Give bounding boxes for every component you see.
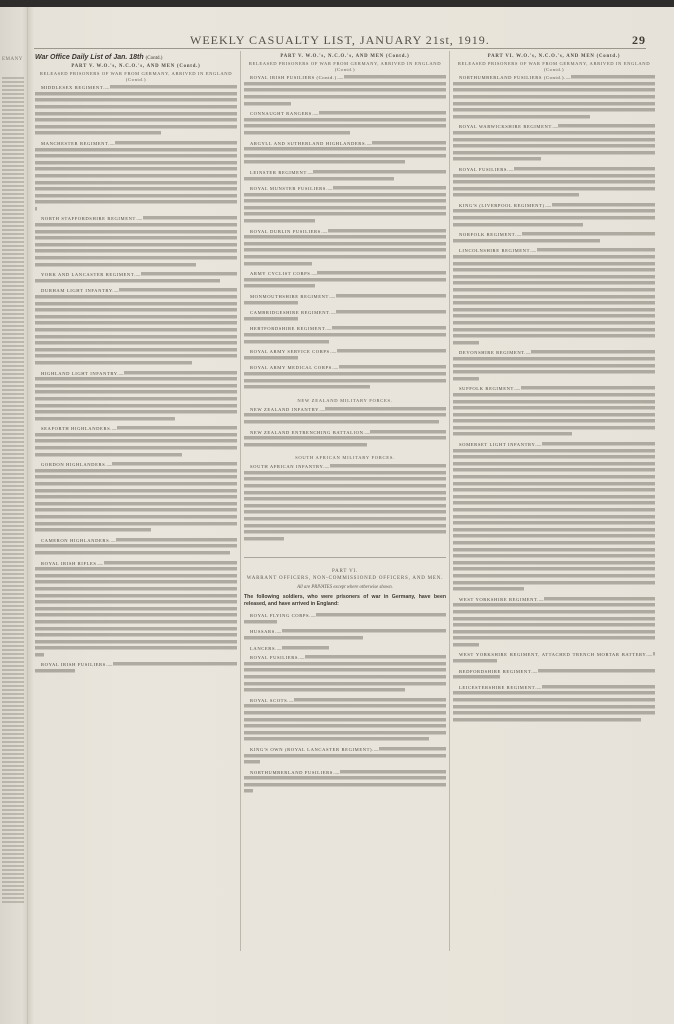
casualty-entry: DEVONSHIRE REGIMENT.—x x x x x x x x x x… <box>453 350 655 383</box>
viewer-top-bar <box>0 0 674 7</box>
casualty-entry: ROYAL SCOTS.—x x x x x x x x x x x x x x… <box>244 698 446 744</box>
part-note: All are PRIVATES except where otherwise … <box>244 582 446 594</box>
entry-text: x x x x x x x x x x x x x x x x x x x x … <box>35 141 237 212</box>
casualty-entry: NORTH STAFFORDSHIRE REGIMENT.—x x x x x … <box>35 216 237 269</box>
casualty-entry: WEST YORKSHIRE REGIMENT.—x x x x x x x x… <box>453 597 655 650</box>
part-vi-section: PART VI. WARRANT OFFICERS, NON-COMMISSIO… <box>244 557 446 796</box>
entries-list: ROYAL FLYING CORPS.—x x x x x x x x x x … <box>244 613 446 796</box>
header-rule <box>34 48 646 49</box>
section-subheading: RELEASED PRISONERS OF WAR FROM GERMANY, … <box>453 61 655 72</box>
casualty-entry: SOMERSET LIGHT INFANTRY.—x x x x x x x x… <box>453 442 655 594</box>
regiment-name: ROYAL SCOTS.— <box>250 698 294 703</box>
casualty-entry: LINCOLNSHIRE REGIMENT.—x x x x x x x x x… <box>453 248 655 347</box>
regiment-name: ROYAL WARWICKSHIRE REGIMENT.— <box>459 124 558 129</box>
casualty-entry: YORK AND LANCASTER REGIMENT.—x x x x x x… <box>35 272 237 285</box>
entry-text: x x x x x x x x x x x x x x x x x x x x … <box>244 698 446 743</box>
entries-list: ROYAL IRISH FUSILIERS (Contd.).—x x x x … <box>244 75 446 392</box>
entries-list: SOUTH AFRICAN INFANTRY.—x x x x x x x x … <box>244 464 446 543</box>
regiment-name: HUSSARS.— <box>250 629 282 634</box>
regiment-name: GORDON HIGHLANDERS.— <box>41 462 112 467</box>
regiment-name: ROYAL MUNSTER FUSILIERS.— <box>250 186 333 191</box>
regiment-name: LEINSTER REGIMENT.— <box>250 170 313 175</box>
casualty-entry: NEW ZEALAND INFANTRY.—x x x x x x x x x … <box>244 407 446 427</box>
part-heading: PART VI. W.O.'s, N.C.O.'s, AND MEN (Cont… <box>453 53 655 61</box>
regiment-name: NORFOLK REGIMENT.— <box>459 232 522 237</box>
entry-text: x x x x x x x x x x x x x x x x x x x x … <box>244 229 446 267</box>
regiment-name: ROYAL FLYING CORPS.— <box>250 613 316 618</box>
regiment-name: CAMERON HIGHLANDERS.— <box>41 538 116 543</box>
column-1: War Office Daily List of Jan. 18th (Cont… <box>35 53 237 679</box>
casualty-entry: ROYAL WARWICKSHIRE REGIMENT.—x x x x x x… <box>453 124 655 164</box>
regiment-name: HIGHLAND LIGHT INFANTRY.— <box>41 371 124 376</box>
forces-heading: SOUTH AFRICAN MILITARY FORCES. <box>244 453 446 462</box>
regiment-name: DURHAM LIGHT INFANTRY.— <box>41 288 119 293</box>
entries-list: MIDDLESEX REGIMENT.—x x x x x x x x x x … <box>35 85 237 675</box>
regiment-name: KING'S OWN (ROYAL LANCASTER REGIMENT).— <box>250 747 379 752</box>
casualty-entry: WEST YORKSHIRE REGIMENT, ATTACHED TRENCH… <box>453 652 655 665</box>
regiment-name: ARGYLL AND SUTHERLAND HIGHLANDERS.— <box>250 141 372 146</box>
casualty-entry: MANCHESTER REGIMENT.—x x x x x x x x x x… <box>35 141 237 214</box>
entry-text: x x x x x x x x x x x x x x x x x x x x … <box>35 85 237 136</box>
casualty-entry: HIGHLAND LIGHT INFANTRY.—x x x x x x x x… <box>35 371 237 424</box>
entries-list: NEW ZEALAND INFANTRY.—x x x x x x x x x … <box>244 407 446 450</box>
regiment-name: NEW ZEALAND ENTRENCHING BATTALION.— <box>250 430 370 435</box>
casualty-entry: SOUTH AFRICAN INFANTRY.—x x x x x x x x … <box>244 464 446 543</box>
regiment-name: MANCHESTER REGIMENT.— <box>41 141 115 146</box>
regiment-name: SOUTH AFRICAN INFANTRY.— <box>250 464 330 469</box>
regiment-name: NORTHUMBERLAND FUSILIERS.— <box>250 770 340 775</box>
regiment-name: ARMY CYCLIST CORPS.— <box>250 271 317 276</box>
regiment-name: ROYAL FUSILIERS.— <box>250 655 305 660</box>
casualty-entry: ROYAL MUNSTER FUSILIERS.—x x x x x x x x… <box>244 186 446 226</box>
casualty-entry: SEAFORTH HIGHLANDERS.—x x x x x x x x x … <box>35 426 237 459</box>
regiment-name: SEAFORTH HIGHLANDERS.— <box>41 426 117 431</box>
regiment-name: ROYAL ARMY MEDICAL CORPS.— <box>250 365 339 370</box>
casualty-entry: NORFOLK REGIMENT.—x x x x x x x x x x x … <box>453 232 655 245</box>
casualty-entry: KING'S (LIVERPOOL REGIMENT).—x x x x x x… <box>453 203 655 229</box>
entry-text: x x x x x x x x x x x x x x x x x x x x … <box>453 597 655 648</box>
regiment-name: SUFFOLK REGIMENT.— <box>459 386 521 391</box>
running-title: WEEKLY CASUALTY LIST, JANUARY 21st, 1919… <box>190 33 490 48</box>
regiment-name: CAMBRIDGESHIRE REGIMENT.— <box>250 310 336 315</box>
section-subheading: RELEASED PRISONERS OF WAR FROM GERMANY, … <box>244 61 446 72</box>
casualty-entry: ROYAL FLYING CORPS.—x x x x x x x x x x … <box>244 613 446 626</box>
casualty-entry: GORDON HIGHLANDERS.—x x x x x x x x x x … <box>35 462 237 535</box>
casualty-entry: ROYAL IRISH RIFLES.—x x x x x x x x x x … <box>35 561 237 660</box>
regiment-name: CONNAUGHT RANGERS.— <box>250 111 319 116</box>
casualty-entry: LEINSTER REGIMENT.—x x x x x x x x x x x… <box>244 170 446 183</box>
casualty-entry: ROYAL FUSILIERS.—x x x x x x x x x x x x… <box>244 655 446 695</box>
previous-page-edge: EMANY <box>0 7 28 1024</box>
entry-text: x x x x x x x x x x x x x x x x x x x x … <box>35 216 237 267</box>
regiment-name: ROYAL FUSILIERS.— <box>459 167 514 172</box>
regiment-name: HERTFORDSHIRE REGIMENT.— <box>250 326 332 331</box>
entry-text: x x x x x x x x x x x x x x x x x x x x … <box>244 186 446 224</box>
entries-list: NORTHUMBERLAND FUSILIERS (Contd.).—x x x… <box>453 75 655 724</box>
casualty-entry: ARMY CYCLIST CORPS.—x x x x x x x x x x … <box>244 271 446 291</box>
regiment-name: ROYAL IRISH FUSILIERS.— <box>41 662 113 667</box>
casualty-entry: DURHAM LIGHT INFANTRY.—x x x x x x x x x… <box>35 288 237 367</box>
part-heading: PART V. W.O.'s, N.C.O.'s, AND MEN (Contd… <box>244 53 446 61</box>
running-header: WEEKLY CASUALTY LIST, JANUARY 21st, 1919… <box>40 33 640 47</box>
entry-text: x x x x x x x x x x x x x x x x x x x x … <box>453 386 655 437</box>
entry-text: x x x x x x x x x x x x x x x x x x x x … <box>453 75 655 120</box>
casualty-entry: HUSSARS.—x x x x x x x x x x x x x x x x… <box>244 629 446 642</box>
casualty-entry: BEDFORDSHIRE REGIMENT.—x x x x x x x x x… <box>453 669 655 682</box>
casualty-entry: ROYAL ARMY MEDICAL CORPS.—x x x x x x x … <box>244 365 446 391</box>
entry-text: x x x x x x x x x x x x x x x x x x x x … <box>35 288 237 366</box>
column-rule <box>449 51 450 951</box>
entry-text: x x x x x x x x x x x x x x x x x x x x … <box>35 561 237 658</box>
part-bold-note: The following soldiers, who were prisone… <box>244 594 446 607</box>
part-number: PART VI. <box>244 568 446 576</box>
regiment-name: KING'S (LIVERPOOL REGIMENT).— <box>459 203 552 208</box>
newspaper-page: EMANY WEEKLY CASUALTY LIST, JANUARY 21st… <box>0 7 674 1024</box>
casualty-entry: ROYAL FUSILIERS.—x x x x x x x x x x x x… <box>453 167 655 200</box>
regiment-name: BEDFORDSHIRE REGIMENT.— <box>459 669 538 674</box>
entry-text: x x x x x x x x x x x x x x x x x x x x … <box>244 464 446 542</box>
casualty-entry: ARGYLL AND SUTHERLAND HIGHLANDERS.—x x x… <box>244 141 446 167</box>
entry-text: x x x x x x x x x x x x x x x x x x x x … <box>453 442 655 592</box>
regiment-name: NORTH STAFFORDSHIRE REGIMENT.— <box>41 216 143 221</box>
entry-text: x x x x x x x x x x x x x x x x x x x x … <box>453 248 655 345</box>
part-heading: PART V. W.O.'s, N.C.O.'s, AND MEN (Contd… <box>35 63 237 71</box>
column-2: PART V. W.O.'s, N.C.O.'s, AND MEN (Contd… <box>244 53 446 799</box>
regiment-name: ROYAL DUBLIN FUSILIERS.— <box>250 229 328 234</box>
casualty-entry: MIDDLESEX REGIMENT.—x x x x x x x x x x … <box>35 85 237 138</box>
entry-text: x x x x x x x x x x x x x x x x x x x x … <box>244 655 446 693</box>
casualty-entry: ROYAL DUBLIN FUSILIERS.—x x x x x x x x … <box>244 229 446 269</box>
casualty-entry: CONNAUGHT RANGERS.—x x x x x x x x x x x… <box>244 111 446 137</box>
daily-list-heading: War Office Daily List of Jan. 18th (Cont… <box>35 53 237 63</box>
regiment-name: ROYAL IRISH FUSILIERS (Contd.).— <box>250 75 344 80</box>
previous-page-text <box>2 77 24 904</box>
regiment-name: WEST YORKSHIRE REGIMENT.— <box>459 597 544 602</box>
page-number: 29 <box>632 33 646 48</box>
casualty-entry: NORTHUMBERLAND FUSILIERS.—x x x x x x x … <box>244 770 446 796</box>
casualty-entry: SUFFOLK REGIMENT.—x x x x x x x x x x x … <box>453 386 655 439</box>
regiment-name: ROYAL IRISH RIFLES.— <box>41 561 104 566</box>
forces-heading: NEW ZEALAND MILITARY FORCES. <box>244 396 446 405</box>
regiment-name: WEST YORKSHIRE REGIMENT, ATTACHED TRENCH… <box>459 652 653 657</box>
casualty-entry: NORTHUMBERLAND FUSILIERS (Contd.).—x x x… <box>453 75 655 121</box>
regiment-name: DEVONSHIRE REGIMENT.— <box>459 350 531 355</box>
entry-text: x x x x x x x x x x x x x x x x x x x x … <box>35 462 237 533</box>
casualty-entry: CAMBRIDGESHIRE REGIMENT.—x x x x x x x x… <box>244 310 446 323</box>
regiment-name: LINCOLNSHIRE REGIMENT.— <box>459 248 537 253</box>
entry-text: x x x x x x x x x x x x x x x x x x x x … <box>453 685 655 723</box>
column-3: PART VI. W.O.'s, N.C.O.'s, AND MEN (Cont… <box>453 53 655 727</box>
casualty-entry: LEICESTERSHIRE REGIMENT.—x x x x x x x x… <box>453 685 655 725</box>
casualty-entry: ROYAL IRISH FUSILIERS.—x x x x x x x x x… <box>35 662 237 675</box>
section-subheading: RELEASED PRISONERS OF WAR FROM GERMANY, … <box>35 71 237 82</box>
casualty-entry: HERTFORDSHIRE REGIMENT.—x x x x x x x x … <box>244 326 446 346</box>
regiment-name: YORK AND LANCASTER REGIMENT.— <box>41 272 141 277</box>
regiment-name: MONMOUTHSHIRE REGIMENT.— <box>250 294 336 299</box>
casualty-entry: ROYAL IRISH FUSILIERS (Contd.).—x x x x … <box>244 75 446 108</box>
regiment-name: LANCERS.— <box>250 646 282 651</box>
casualty-entry: KING'S OWN (ROYAL LANCASTER REGIMENT).—x… <box>244 747 446 767</box>
continued-label: (Contd.) <box>146 56 163 61</box>
casualty-entry: CAMERON HIGHLANDERS.—x x x x x x x x x x… <box>35 538 237 558</box>
entry-text: x x x x x x x x x x x x x x x x x x x x … <box>453 124 655 162</box>
casualty-entry: NEW ZEALAND ENTRENCHING BATTALION.—x x x… <box>244 430 446 450</box>
regiment-name: NORTHUMBERLAND FUSILIERS (Contd.).— <box>459 75 571 80</box>
daily-list-title: War Office Daily List of Jan. 18th <box>35 54 144 61</box>
previous-page-heading: EMANY <box>2 57 27 62</box>
entry-text: x x x x x x x x x x x x x x x x x x x x … <box>35 371 237 422</box>
entry-text: x x x x x x x x x x x x x x <box>282 646 329 651</box>
column-rule <box>240 51 241 951</box>
regiment-name: LEICESTERSHIRE REGIMENT.— <box>459 685 542 690</box>
casualty-entry: LANCERS.—x x x x x x x x x x x x x x <box>244 646 446 653</box>
casualty-entry: MONMOUTHSHIRE REGIMENT.—x x x x x x x x … <box>244 294 446 307</box>
regiment-name: NEW ZEALAND INFANTRY.— <box>250 407 325 412</box>
regiment-name: ROYAL ARMY SERVICE CORPS.— <box>250 349 337 354</box>
regiment-name: MIDDLESEX REGIMENT.— <box>41 85 110 90</box>
casualty-entry: ROYAL ARMY SERVICE CORPS.—x x x x x x x … <box>244 349 446 362</box>
regiment-name: SOMERSET LIGHT INFANTRY.— <box>459 442 542 447</box>
